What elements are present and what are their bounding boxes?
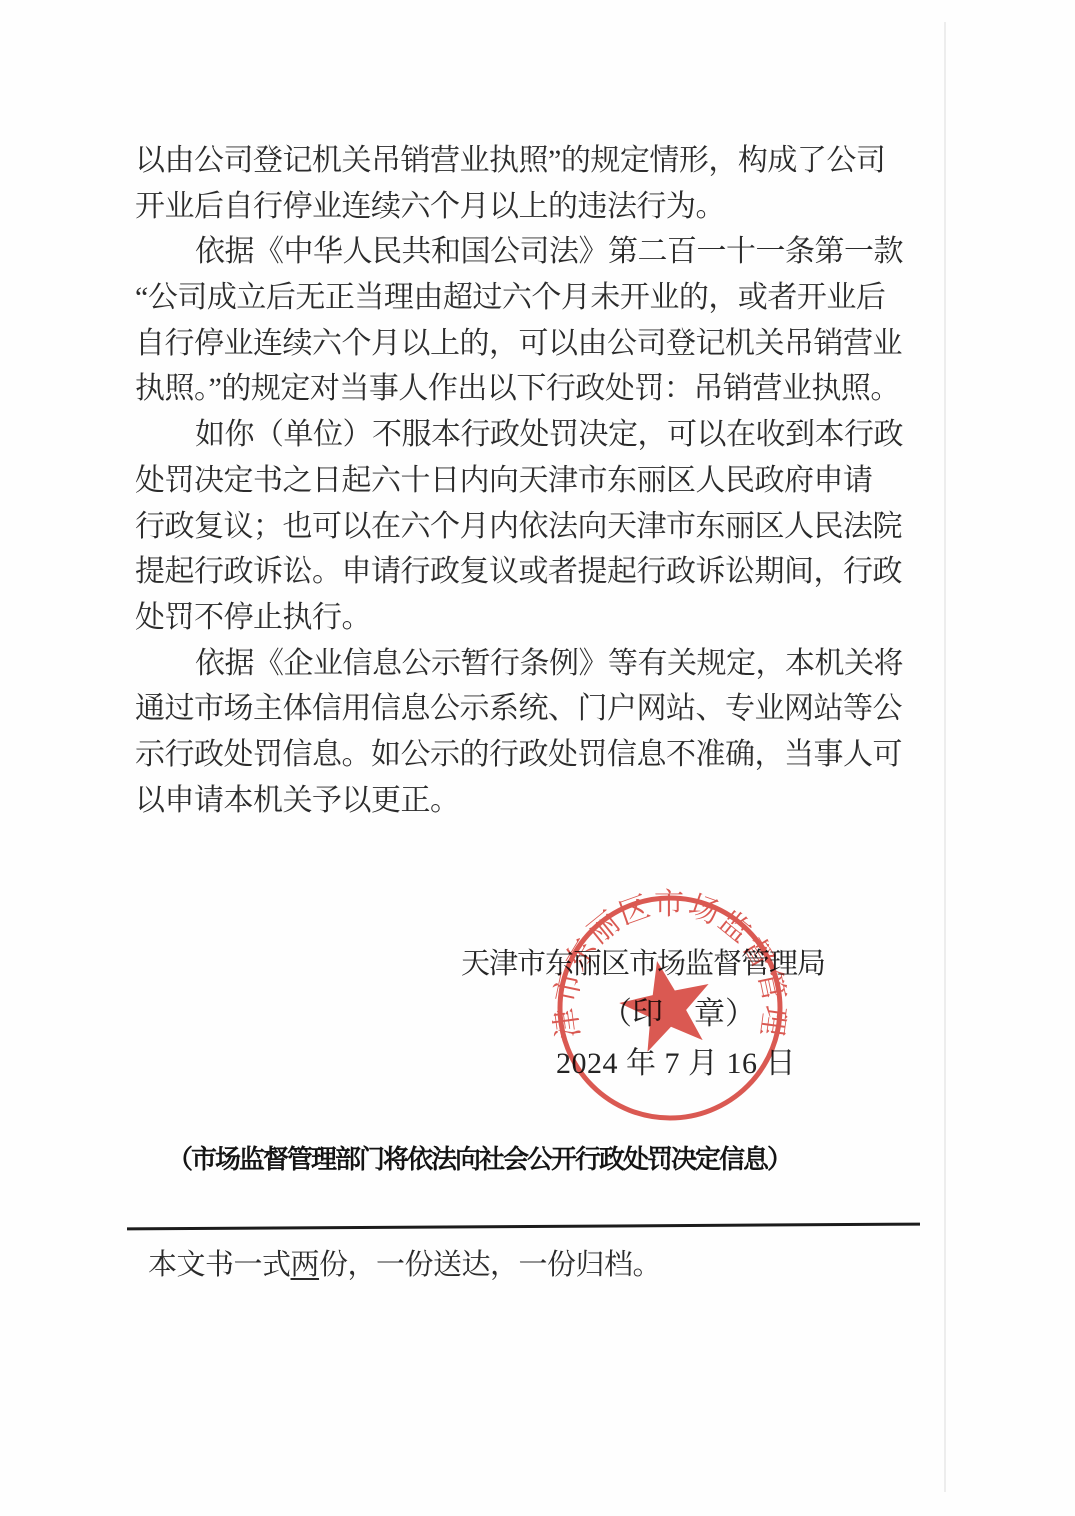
official-seal-stamp: 天津市东丽区市场监督管理局: [550, 888, 790, 1128]
body-line: “公司成立后无正当理由超过六个月未开业的，或者开业后: [135, 275, 915, 321]
body-line: 以申请本机关予以更正。: [135, 778, 915, 824]
body-line: 依据《中华人民共和国公司法》第二百一十一条第一款: [135, 229, 915, 275]
seal-star-icon: [612, 952, 719, 1056]
body-line: 开业后自行停业连续六个月以上的违法行为。: [135, 184, 915, 230]
footer-divider: [127, 1223, 920, 1231]
copies-note-underlined: 两: [291, 1249, 320, 1281]
copies-note: 本文书一式两份，一份送达，一份归档。: [148, 1242, 661, 1283]
body-line: 如你（单位）不服本行政处罚决定，可以在收到本行政: [135, 412, 915, 458]
body-line: 处罚不停止执行。: [135, 595, 915, 641]
body-line: 以由公司登记机关吊销营业执照”的规定情形，构成了公司: [135, 138, 915, 184]
document-page: 以由公司登记机关吊销营业执照”的规定情形，构成了公司 开业后自行停业连续六个月以…: [0, 0, 1075, 1516]
copies-note-suffix: 份，一份送达，一份归档。: [319, 1249, 661, 1281]
scan-edge-artifact: [944, 22, 946, 1492]
body-line: 依据《企业信息公示暂行条例》等有关规定，本机关将: [135, 641, 915, 687]
body-line: 执照。”的规定对当事人作出以下行政处罚：吊销营业执照。: [135, 366, 915, 412]
body-line: 自行停业连续六个月以上的，可以由公司登记机关吊销营业: [135, 321, 915, 367]
body-line: 行政复议；也可以在六个月内依法向天津市东丽区人民法院: [135, 504, 915, 550]
body-line: 提起行政诉讼。申请行政复议或者提起行政诉讼期间，行政: [135, 549, 915, 595]
body-line: 通过市场主体信用信息公示系统、门户网站、专业网站等公: [135, 686, 915, 732]
body-line: 示行政处罚信息。如公示的行政处罚信息不准确，当事人可: [135, 732, 915, 778]
body-line: 处罚决定书之日起六十日内向天津市东丽区人民政府申请: [135, 458, 915, 504]
body-text: 以由公司登记机关吊销营业执照”的规定情形，构成了公司 开业后自行停业连续六个月以…: [135, 138, 915, 823]
public-disclosure-notice: （市场监督管理部门将依法向社会公开行政处罚决定信息）: [167, 1139, 791, 1176]
copies-note-prefix: 本文书一式: [148, 1249, 291, 1281]
